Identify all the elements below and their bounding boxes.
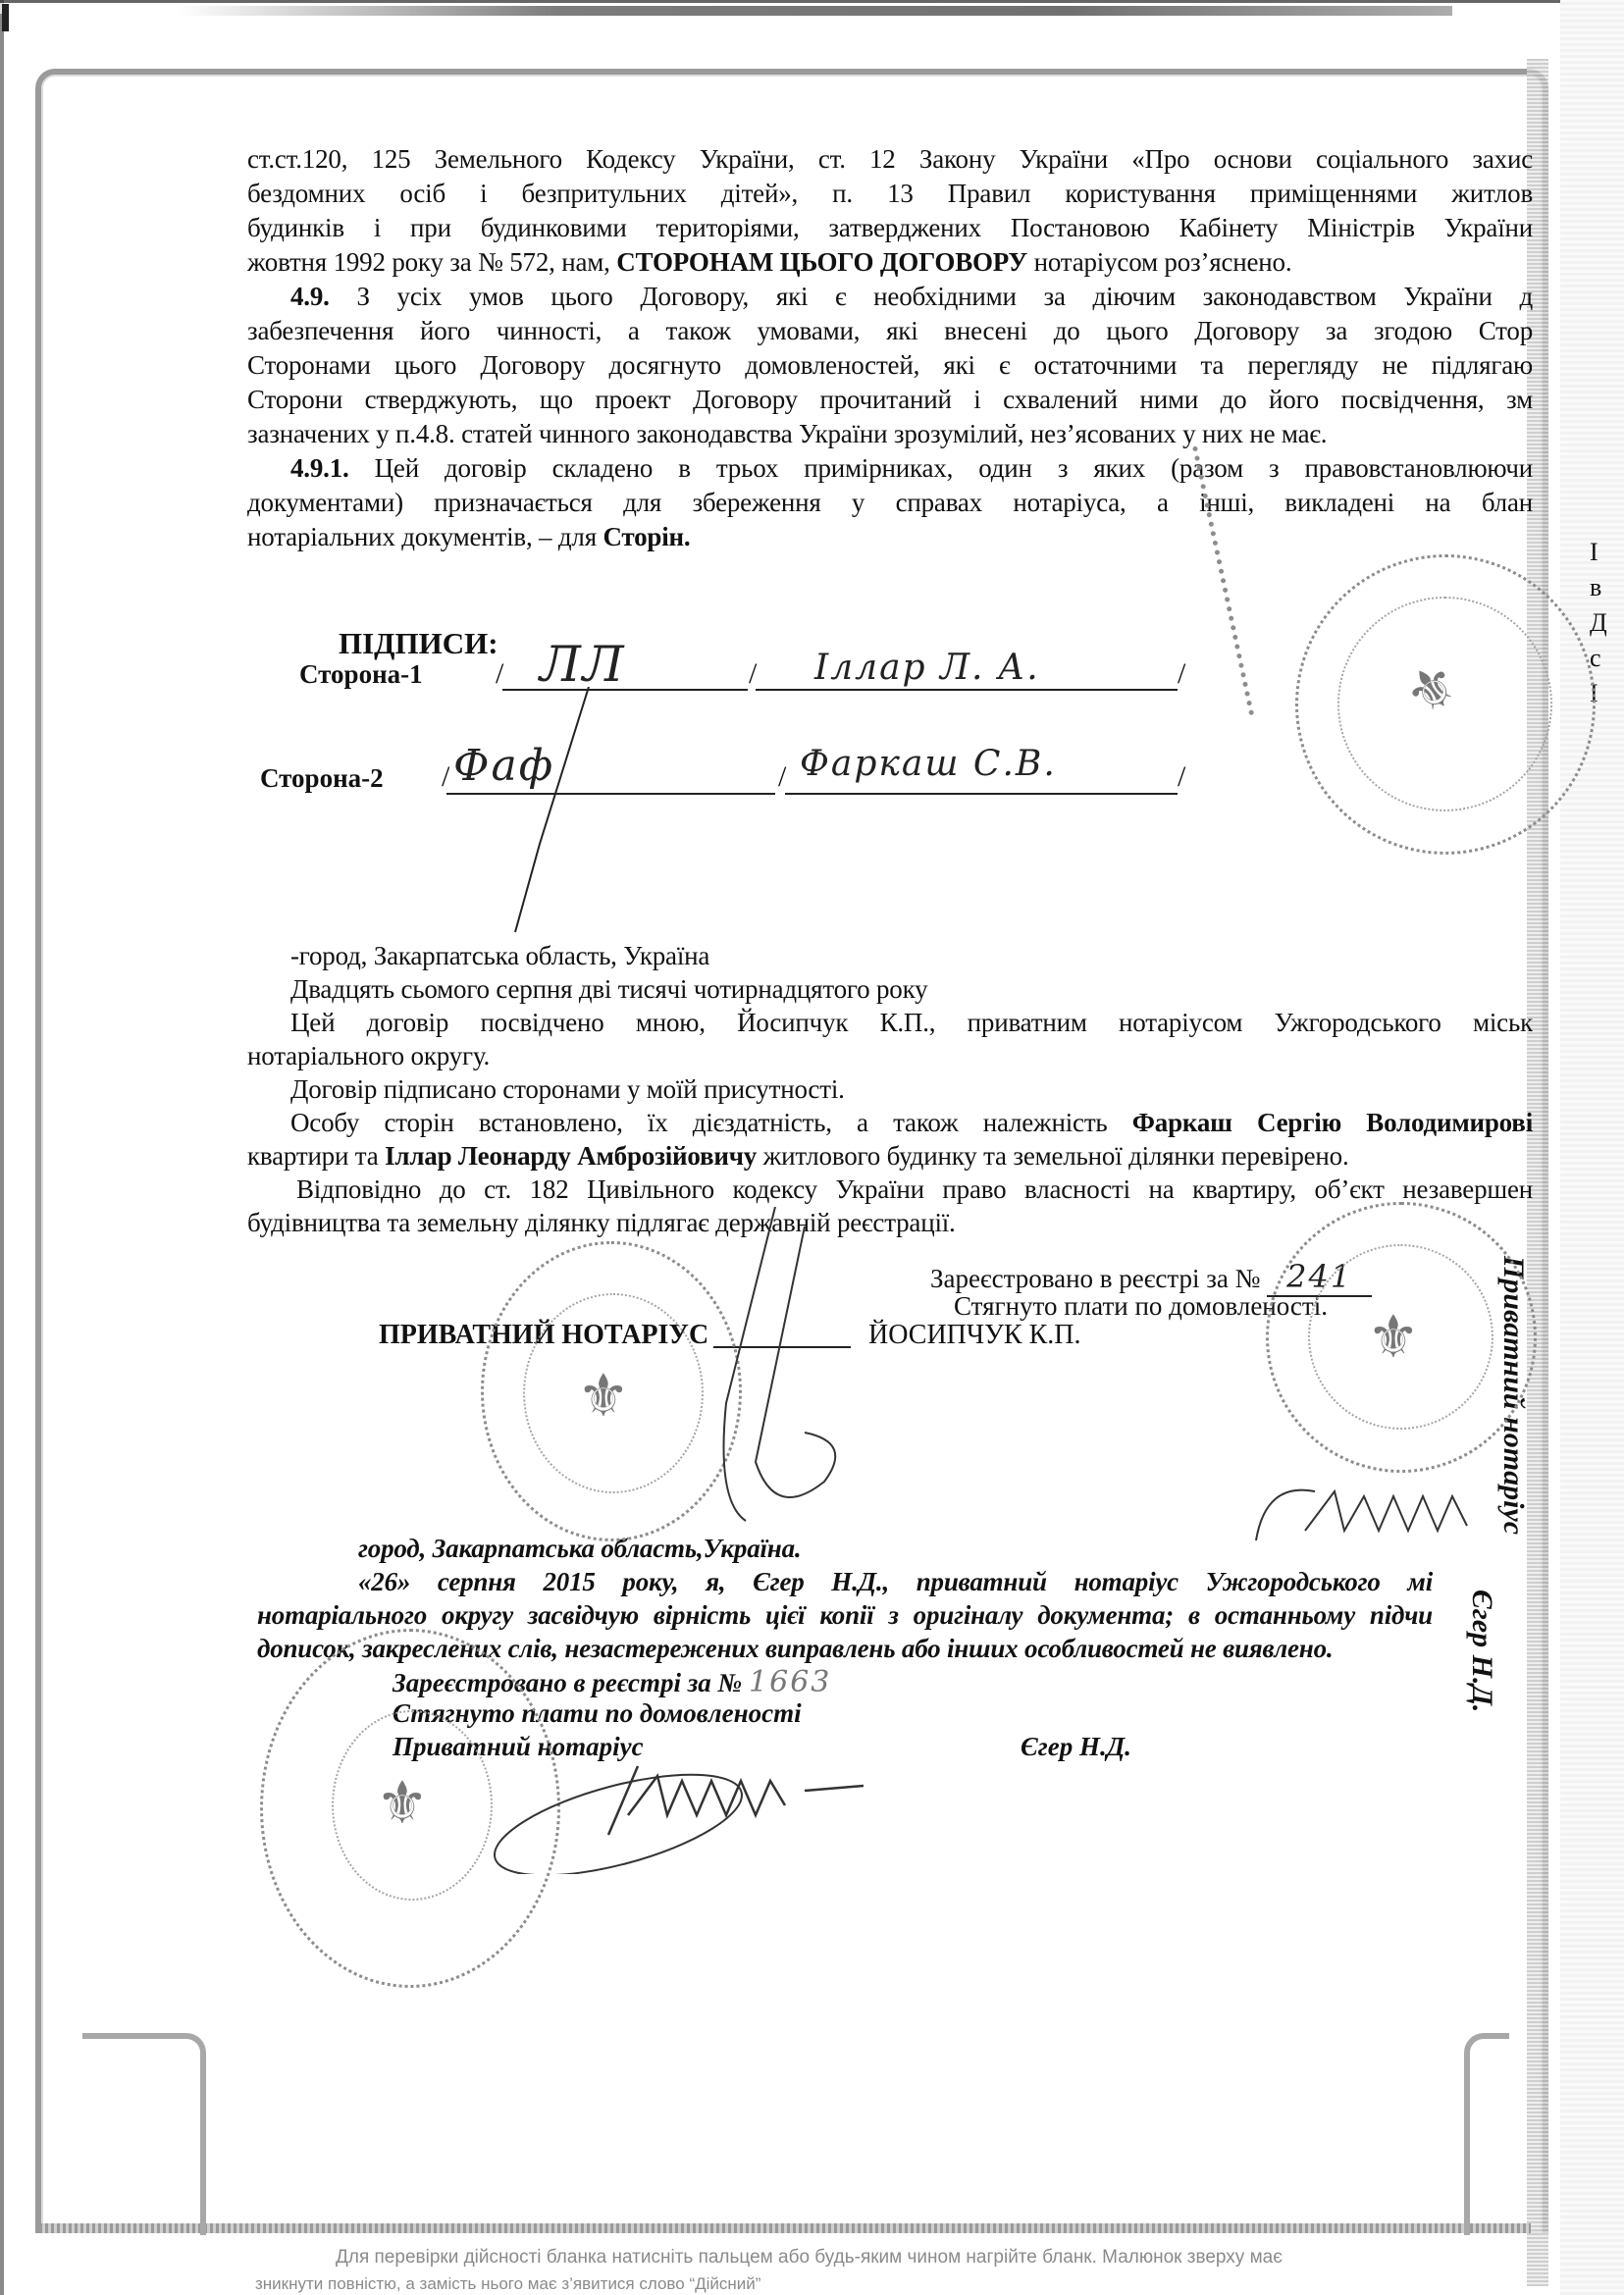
owner-2-name: Іллар Леонарду Амброзійовичу [385, 1141, 757, 1171]
clause-4-9-line-3: Сторонами цього Договору досягнуто домов… [247, 348, 1533, 382]
parties-emphasis: СТОРОНАМ ЦЬОГО ДОГОВОРУ [616, 247, 1027, 277]
party-1-label: Сторона-1 [299, 659, 423, 690]
form-footer-line-2: зникнути повністю, а замість нього має з… [255, 2274, 760, 2294]
cert-place: -город, Закарпатська область, Україна [247, 939, 1576, 972]
border-tab-right [1464, 2033, 1509, 2235]
vertical-notary-name: Єгер Н.Д. [1465, 1590, 1498, 1712]
copy-registry-number: 1663 [749, 1665, 831, 1699]
continuation-line-1: ст.ст.120, 125 Земельного Кодексу Україн… [247, 142, 1533, 176]
signatures-heading: ПІДПИСИ: [339, 626, 498, 661]
cert-line-3: Цей договір посвідчено мною, Йосипчук К.… [247, 1006, 1533, 1039]
cert-date: Двадцять сьомого серпня дві тисячі чотир… [247, 972, 1576, 1006]
party-2-name-handwritten: Фаркаш С.В. [800, 744, 1057, 784]
scan-corner-mark [2, 4, 9, 31]
clause-number: 4.9. [290, 282, 330, 311]
form-footer-line-1: Для перевірки дійсності бланка натисніть… [336, 2247, 1283, 2269]
cert-line-4: нотаріального округу. [247, 1039, 1533, 1072]
clause-4-9-line-4: Сторони стверджують, що проект Договору … [247, 383, 1533, 416]
cert-line-8: Відповідно до ст. 182 Цивільного кодексу… [247, 1173, 1533, 1206]
border-tab-left [82, 2033, 206, 2235]
continuation-line-4: жовтня 1992 року за № 572, нам, СТОРОНАМ… [247, 245, 1533, 279]
clause-4-9-line-1: 4.9. З усіх умов цього Договору, які є н… [247, 280, 1533, 313]
cert-line-7: квартири та Іллар Леонарду Амброзійовичу… [247, 1139, 1533, 1173]
clause-4-9-line-5: зазначених у п.4.8. статей чинного закон… [247, 417, 1533, 450]
continuation-line-3: будинків і при будинковими територіями, … [247, 211, 1533, 244]
trident-icon: ⚜ [577, 1362, 630, 1431]
continuation-line-2: бездомних осіб і безпритульних дітей», п… [247, 177, 1533, 210]
next-page-edge [1560, 0, 1624, 2295]
stamp-top-right: ⚜ [1295, 554, 1596, 855]
copy-cert-line-2: «26» серпня 2015 року, я, Єгер Н.Д., при… [358, 1565, 1433, 1598]
notary-signature-scribble [687, 1207, 864, 1531]
stamp-mid-right: ⚜ [1266, 1202, 1537, 1473]
copy-notary-signature [491, 1747, 903, 1874]
notary-name: ЙОСИПЧУК К.П. [868, 1320, 1081, 1351]
scan-left-edge [0, 0, 4, 2295]
cert-line-6: Особу сторін встановлено, їх дієздатніст… [247, 1106, 1533, 1139]
copy-notary-name: Єгер Н.Д. [1021, 1732, 1131, 1762]
trident-icon: ⚜ [1367, 1303, 1420, 1372]
clause-4-9-1-line-2: документами) призначається для збереженн… [247, 486, 1533, 519]
owner-1-name: Фаркаш Сергію Володимирові [1132, 1108, 1533, 1137]
party-1-name-handwritten: Іллар Л. А. [814, 648, 1040, 688]
border-bottom-strip [39, 2223, 1531, 2233]
separator: / [1178, 657, 1185, 691]
clause-4-9-1-line-3: нотаріальних документів, – для Сторін. [247, 520, 1533, 553]
cert-line-5: Договір підписано сторонами у моїй прису… [247, 1072, 1576, 1106]
scan-top-strip [177, 6, 1452, 16]
signature-stroke [510, 687, 599, 942]
clause-number: 4.9.1. [290, 453, 349, 483]
clause-4-9-line-2: забезпечення його чинності, а також умов… [247, 314, 1533, 347]
clause-4-9-1-line-1: 4.9.1. Цей договір складено в трьох прим… [247, 451, 1533, 485]
copy-notary-signature-top [1246, 1472, 1501, 1560]
party-1-signature: ЛЛ [540, 636, 625, 693]
separator: / [1178, 760, 1185, 794]
party-2-label: Сторона-2 [260, 763, 384, 794]
copy-cert-line-3: нотаріального округу засвідчую вірність … [257, 1598, 1433, 1632]
trident-icon: ⚜ [376, 1769, 429, 1838]
